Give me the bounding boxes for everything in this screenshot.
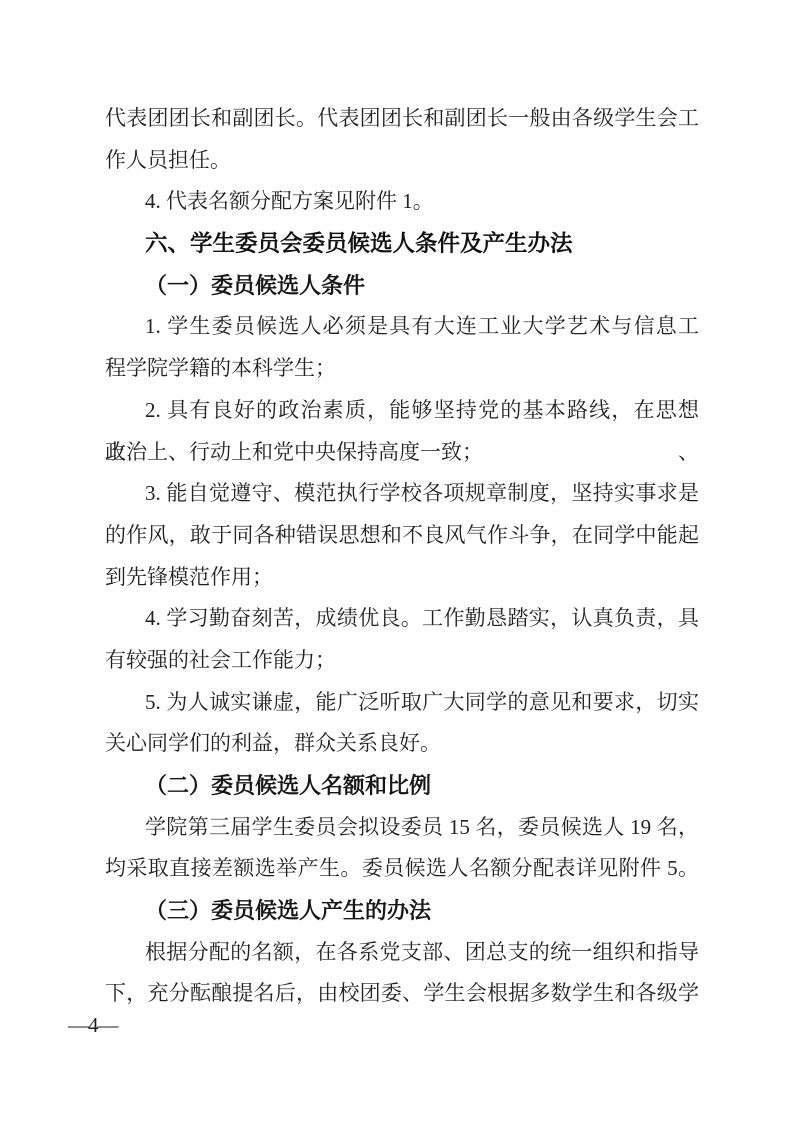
subsection-heading-1: （一）委员候选人条件: [105, 265, 699, 307]
body-text-line: 学院第三届学生委员会拟设委员 15 名，委员候选人 19 名，: [105, 807, 699, 849]
body-text-line: 代表团团长和副团长。代表团团长和副团长一般由各级学生会工: [105, 98, 699, 140]
body-text-line: 关心同学们的利益，群众关系良好。: [105, 723, 699, 765]
numbered-item-line: 2. 具有良好的政治素质，能够坚持党的基本路线，在思想上、: [105, 390, 699, 432]
page-number: —4—: [68, 1010, 118, 1040]
section-heading-six: 六、学生委员会委员候选人条件及产生办法: [105, 223, 699, 265]
document-text-block: 代表团团长和副团长。代表团团长和副团长一般由各级学生会工 作人员担任。 4. 代…: [105, 98, 699, 1015]
numbered-item-line: 5. 为人诚实谦虚，能广泛听取广大同学的意见和要求，切实: [105, 682, 699, 724]
numbered-item-line: 3. 能自觉遵守、模范执行学校各项规章制度，坚持实事求是: [105, 473, 699, 515]
body-text-line: 的作风，敢于同各种错误思想和不良风气作斗争，在同学中能起: [105, 515, 699, 557]
numbered-item-line: 4. 代表名额分配方案见附件 1。: [105, 181, 699, 223]
body-text-line: 作人员担任。: [105, 140, 699, 182]
body-text-line: 下，充分酝酿提名后，由校团委、学生会根据多数学生和各级学: [105, 973, 699, 1015]
numbered-item-line: 1. 学生委员候选人必须是具有大连工业大学艺术与信息工: [105, 306, 699, 348]
body-text-line: 根据分配的名额，在各系党支部、团总支的统一组织和指导: [105, 932, 699, 974]
subsection-heading-2: （二）委员候选人名额和比例: [105, 765, 699, 807]
body-text-line: 有较强的社会工作能力；: [105, 640, 699, 682]
subsection-heading-3: （三）委员候选人产生的办法: [105, 890, 699, 932]
document-page: 代表团团长和副团长。代表团团长和副团长一般由各级学生会工 作人员担任。 4. 代…: [0, 0, 794, 1123]
body-text-line: 程学院学籍的本科学生；: [105, 348, 699, 390]
body-text-line: 均采取直接差额选举产生。委员候选人名额分配表详见附件 5。: [105, 848, 699, 890]
numbered-item-line: 4. 学习勤奋刻苦，成绩优良。工作勤恳踏实，认真负责，具: [105, 598, 699, 640]
body-text-line: 到先锋模范作用；: [105, 557, 699, 599]
